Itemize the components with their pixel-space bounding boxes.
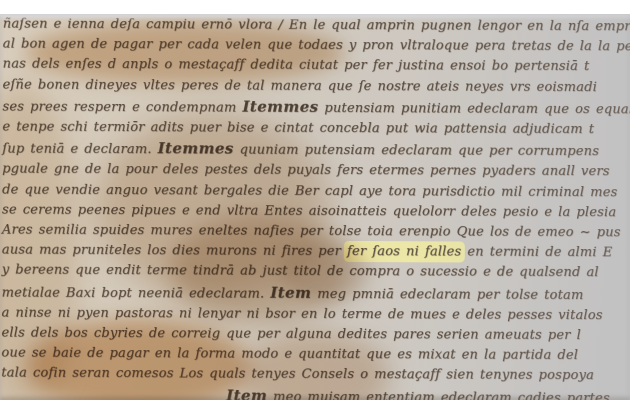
manuscript-text-segment: ses prees respern e condempnam	[2, 99, 242, 115]
gothic-item-word: Itemmes	[158, 139, 234, 157]
manuscript-text-segment: ſup teniā e declaram.	[2, 142, 157, 158]
screenshot-canvas: Photograph of an aged medieval manuscrip…	[0, 0, 630, 420]
manuscript-text-segment: metialae Baxi bopt neeniā edeclaram.	[2, 285, 271, 301]
gothic-item-word: Itemmes	[242, 97, 318, 115]
gothic-item-word: Item	[270, 283, 311, 301]
gothic-item-word: Item	[226, 386, 267, 400]
manuscript-text-segment: ausa mas pruniteles los dies murons ni f…	[2, 243, 347, 260]
photo-gray-tint	[410, 14, 630, 400]
manuscript-photo: ñaſsen e ienna deſa campiu ernō vlora / …	[0, 14, 630, 400]
